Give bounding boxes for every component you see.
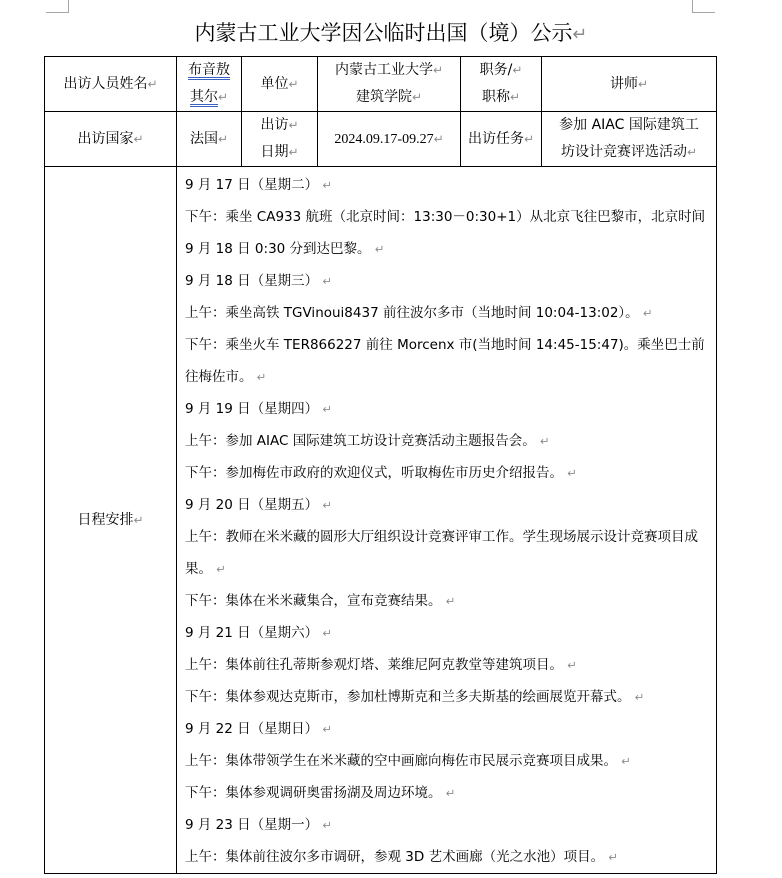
- paragraph-mark-icon: ↵: [446, 786, 456, 800]
- paragraph-mark-icon: ↵: [433, 63, 443, 77]
- name-label-cell[interactable]: 出访人员姓名↵: [45, 57, 177, 112]
- date-label-line1: 出访: [261, 117, 289, 133]
- task-value-line2: 坊设计竞赛评选活动: [561, 144, 687, 160]
- paragraph-mark-icon: ↵: [134, 513, 144, 527]
- country-value: 法国: [190, 131, 218, 147]
- paragraph-mark-icon: ↵: [687, 145, 697, 159]
- name-value-cell[interactable]: 布音敖其尔↵: [177, 57, 242, 112]
- page-corner-mark-top-left: [46, 0, 69, 13]
- schedule-item: 上午：集体带领学生在米米藏的空中画廊向梅佐市民展示竞赛项目成果。 ↵: [185, 745, 710, 777]
- paragraph-mark-icon: ↵: [608, 850, 618, 864]
- schedule-day-date: 9 月 21 日（星期六） ↵: [185, 617, 710, 649]
- schedule-day-date: 9 月 23 日（星期一） ↵: [185, 809, 710, 841]
- task-value-line1: 参加 AIAC 国际建筑工: [559, 117, 699, 133]
- unit-label-cell[interactable]: 单位↵: [242, 57, 318, 112]
- name-label: 出访人员姓名: [64, 76, 148, 92]
- paragraph-mark-icon: ↵: [322, 178, 332, 192]
- schedule-item: 上午：集体前往波尔多市调研，参观 3D 艺术画廊（光之水池）项目。 ↵: [185, 841, 710, 873]
- info-table: 出访人员姓名↵ 布音敖其尔↵ 单位↵ 内蒙古工业大学↵建筑学院↵ 职务/↵职称↵…: [44, 56, 717, 874]
- paragraph-mark-icon: ↵: [322, 722, 332, 736]
- schedule-day-date: 9 月 19 日（星期四） ↵: [185, 393, 710, 425]
- schedule-label: 日程安排: [78, 512, 134, 528]
- date-value: 2024.09.17-09.27: [334, 132, 433, 147]
- schedule-item: 上午：乘坐高铁 TGVinoui8437 前往波尔多市（当地时间 10:04-1…: [185, 297, 710, 329]
- paragraph-mark-icon: ↵: [412, 90, 422, 104]
- paragraph-mark-icon: ↵: [540, 434, 550, 448]
- unit-value-line2: 建筑学院: [356, 89, 412, 105]
- name-value-line1: 布音敖: [188, 62, 230, 78]
- paragraph-mark-icon: ↵: [134, 132, 144, 146]
- paragraph-mark-icon: ↵: [289, 77, 299, 91]
- paragraph-mark-icon: ↵: [218, 132, 228, 146]
- country-label-cell[interactable]: 出访国家↵: [45, 112, 177, 167]
- schedule-item: 上午：教师在米米藏的圆形大厅组织设计竞赛评审工作。学生现场展示设计竞赛项目成果。…: [185, 521, 710, 585]
- schedule-item: 下午：乘坐 CA933 航班（北京时间：13:30－0:30+1）从北京飞往巴黎…: [185, 201, 710, 265]
- paragraph-mark-icon: ↵: [434, 132, 444, 146]
- schedule-day-date: 9 月 20 日（星期五） ↵: [185, 489, 710, 521]
- date-value-cell[interactable]: 2024.09.17-09.27↵: [318, 112, 461, 167]
- schedule-day-date: 9 月 22 日（星期日） ↵: [185, 713, 710, 745]
- schedule-day-date: 9 月 18 日（星期三） ↵: [185, 265, 710, 297]
- position-label-cell[interactable]: 职务/↵职称↵: [461, 57, 542, 112]
- schedule-content-cell[interactable]: 9 月 17 日（星期二） ↵ 下午：乘坐 CA933 航班（北京时间：13:3…: [177, 167, 717, 874]
- date-label-cell[interactable]: 出访↵日期↵: [242, 112, 318, 167]
- unit-value-line1: 内蒙古工业大学: [335, 62, 433, 78]
- paragraph-mark-icon: ↵: [621, 754, 631, 768]
- paragraph-mark-icon: ↵: [573, 24, 588, 45]
- schedule-label-cell[interactable]: 日程安排↵: [45, 167, 177, 874]
- paragraph-mark-icon: ↵: [322, 274, 332, 288]
- paragraph-mark-icon: ↵: [510, 90, 520, 104]
- table-row-visit: 出访国家↵ 法国↵ 出访↵日期↵ 2024.09.17-09.27↵ 出访任务↵…: [45, 112, 717, 167]
- schedule-item: 下午：参加梅佐市政府的欢迎仪式，听取梅佐市历史介绍报告。 ↵: [185, 457, 710, 489]
- schedule-item: 下午：集体在米米藏集合，宣布竞赛结果。 ↵: [185, 585, 710, 617]
- paragraph-mark-icon: ↵: [567, 658, 577, 672]
- paragraph-mark-icon: ↵: [148, 77, 158, 91]
- table-row-schedule: 日程安排↵ 9 月 17 日（星期二） ↵ 下午：乘坐 CA933 航班（北京时…: [45, 167, 717, 874]
- schedule-item: 下午：集体参观达克斯市，参加杜博斯克和兰多夫斯基的绘画展览开幕式。 ↵: [185, 681, 710, 713]
- table-row-personnel: 出访人员姓名↵ 布音敖其尔↵ 单位↵ 内蒙古工业大学↵建筑学院↵ 职务/↵职称↵…: [45, 57, 717, 112]
- paragraph-mark-icon: ↵: [257, 370, 267, 384]
- position-value: 讲师: [610, 76, 638, 92]
- paragraph-mark-icon: ↵: [638, 77, 648, 91]
- paragraph-mark-icon: ↵: [375, 242, 385, 256]
- task-label-cell[interactable]: 出访任务↵: [461, 112, 542, 167]
- paragraph-mark-icon: ↵: [216, 562, 226, 576]
- schedule-item: 上午：参加 AIAC 国际建筑工坊设计竞赛活动主题报告会。 ↵: [185, 425, 710, 457]
- position-value-cell[interactable]: 讲师↵: [542, 57, 717, 112]
- title-text: 内蒙古工业大学因公临时出国（境）公示: [195, 21, 573, 45]
- paragraph-mark-icon: ↵: [567, 466, 577, 480]
- unit-label: 单位: [261, 76, 289, 92]
- schedule-item: 下午：集体参观调研奥雷扬湖及周边环境。 ↵: [185, 777, 710, 809]
- schedule-item: 上午：集体前往孔蒂斯参观灯塔、莱维尼阿克教堂等建筑项目。 ↵: [185, 649, 710, 681]
- schedule-item: 下午：乘坐火车 TER866227 前往 Morcenx 市(当地时间 14:4…: [185, 329, 710, 393]
- name-value-line2: 其尔: [190, 89, 218, 105]
- paragraph-mark-icon: ↵: [289, 118, 299, 132]
- paragraph-mark-icon: ↵: [512, 63, 522, 77]
- paragraph-mark-icon: ↵: [322, 818, 332, 832]
- paragraph-mark-icon: ↵: [322, 626, 332, 640]
- paragraph-mark-icon: ↵: [524, 132, 534, 146]
- task-value-cell[interactable]: 参加 AIAC 国际建筑工坊设计竞赛评选活动↵: [542, 112, 717, 167]
- schedule-day-date: 9 月 17 日（星期二） ↵: [185, 169, 710, 201]
- unit-value-cell[interactable]: 内蒙古工业大学↵建筑学院↵: [318, 57, 461, 112]
- position-label-line1: 职务/: [480, 62, 513, 78]
- date-label-line2: 日期: [261, 144, 289, 160]
- paragraph-mark-icon: ↵: [643, 306, 653, 320]
- country-value-cell[interactable]: 法国↵: [177, 112, 242, 167]
- paragraph-mark-icon: ↵: [218, 90, 228, 104]
- paragraph-mark-icon: ↵: [446, 594, 456, 608]
- paragraph-mark-icon: ↵: [635, 690, 645, 704]
- paragraph-mark-icon: ↵: [289, 145, 299, 159]
- paragraph-mark-icon: ↵: [322, 402, 332, 416]
- paragraph-mark-icon: ↵: [322, 498, 332, 512]
- document-title[interactable]: 内蒙古工业大学因公临时出国（境）公示↵: [0, 17, 782, 47]
- country-label: 出访国家: [78, 131, 134, 147]
- position-label-line2: 职称: [482, 89, 510, 105]
- page-corner-mark-top-right: [692, 0, 715, 13]
- task-label: 出访任务: [468, 131, 524, 147]
